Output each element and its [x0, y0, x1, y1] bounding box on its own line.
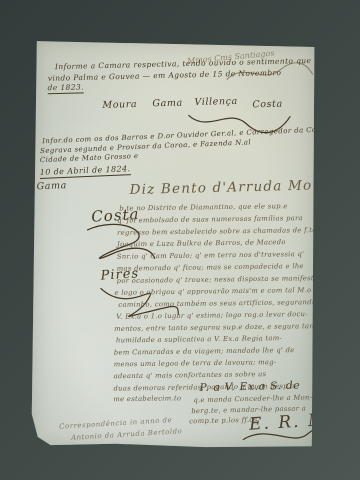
petition-closing-line-2: q.e manda Conceder-lhe a Mon- — [193, 394, 312, 404]
petition-body-line: regresso bem estabelecido sobre as chama… — [117, 227, 317, 237]
signature-moura: Moura — [102, 100, 137, 110]
petition-closing-line-1: P. a V. Ex.a S. de — [199, 381, 300, 394]
petition-body-line: menos uma legoa de terra de lavoura; mag… — [114, 359, 277, 368]
manuscript-paper: Mmos Cms Santiagos Informe a Camara resp… — [31, 40, 316, 450]
petition-body-line: caminho, como também os seus artifícios,… — [118, 299, 316, 309]
petition-body-line: V. Ex.a o 1.o lugar q' estima; logo rog.… — [116, 311, 308, 320]
petition-closing-line-4: comp.te p.los ff.os — [189, 417, 258, 425]
petition-body-line: q' foi embolsado de suas numerosas famíl… — [117, 215, 303, 224]
petition-body-line: humildade a suplicativa a V. Ex.a Regia … — [116, 335, 282, 344]
petition-body-line: b.te no Distrito de Diamantino, que ele … — [119, 203, 287, 212]
signature-villenca: Villença — [194, 97, 238, 108]
petition-body-line: me estabelecim.to — [113, 395, 181, 403]
petition-body-line: mentos, entre tanto segurou sup.e doze, … — [114, 323, 321, 333]
petition-body-line: por ocasionado q' trouxe; nessa disposta… — [117, 275, 326, 285]
margin-signature-gama: Gama — [36, 181, 67, 192]
despatch-1823-date: de 1823. — [48, 83, 85, 93]
petition-body-line: Snr.io q' Cam Paulo; q' em terra nos d't… — [117, 251, 304, 260]
petition-body-line: mas demorado q' ficou; mas se compadecid… — [117, 263, 304, 272]
petition-body-line: adeanta q' mais confortantes as sobre as — [114, 371, 267, 380]
signature-gama: Gama — [152, 99, 183, 109]
archival-note-line-2: Antonio da Arruda Bertoldo — [71, 428, 183, 442]
photograph-of-manuscript: Mmos Cms Santiagos Informe a Camara resp… — [0, 0, 360, 480]
petition-body-line: e logo o obrigou q' approvarão mais'm e … — [114, 287, 311, 297]
petition-opening: Diz Bento d'Arruda Mon- — [129, 179, 328, 197]
petition-body-line: Joaquim e Luza Bulkra de Barros, de Mace… — [117, 239, 286, 248]
despatch-1824-place: Cidade de Mato Grosso e — [40, 153, 139, 164]
erm-rubric-flourish-icon — [241, 428, 331, 447]
despatch-1824-date: 10 de Abril de 1824. — [40, 165, 131, 179]
petition-body-line: bem Camaradas e da viagem; mandado lhe q… — [114, 347, 295, 356]
